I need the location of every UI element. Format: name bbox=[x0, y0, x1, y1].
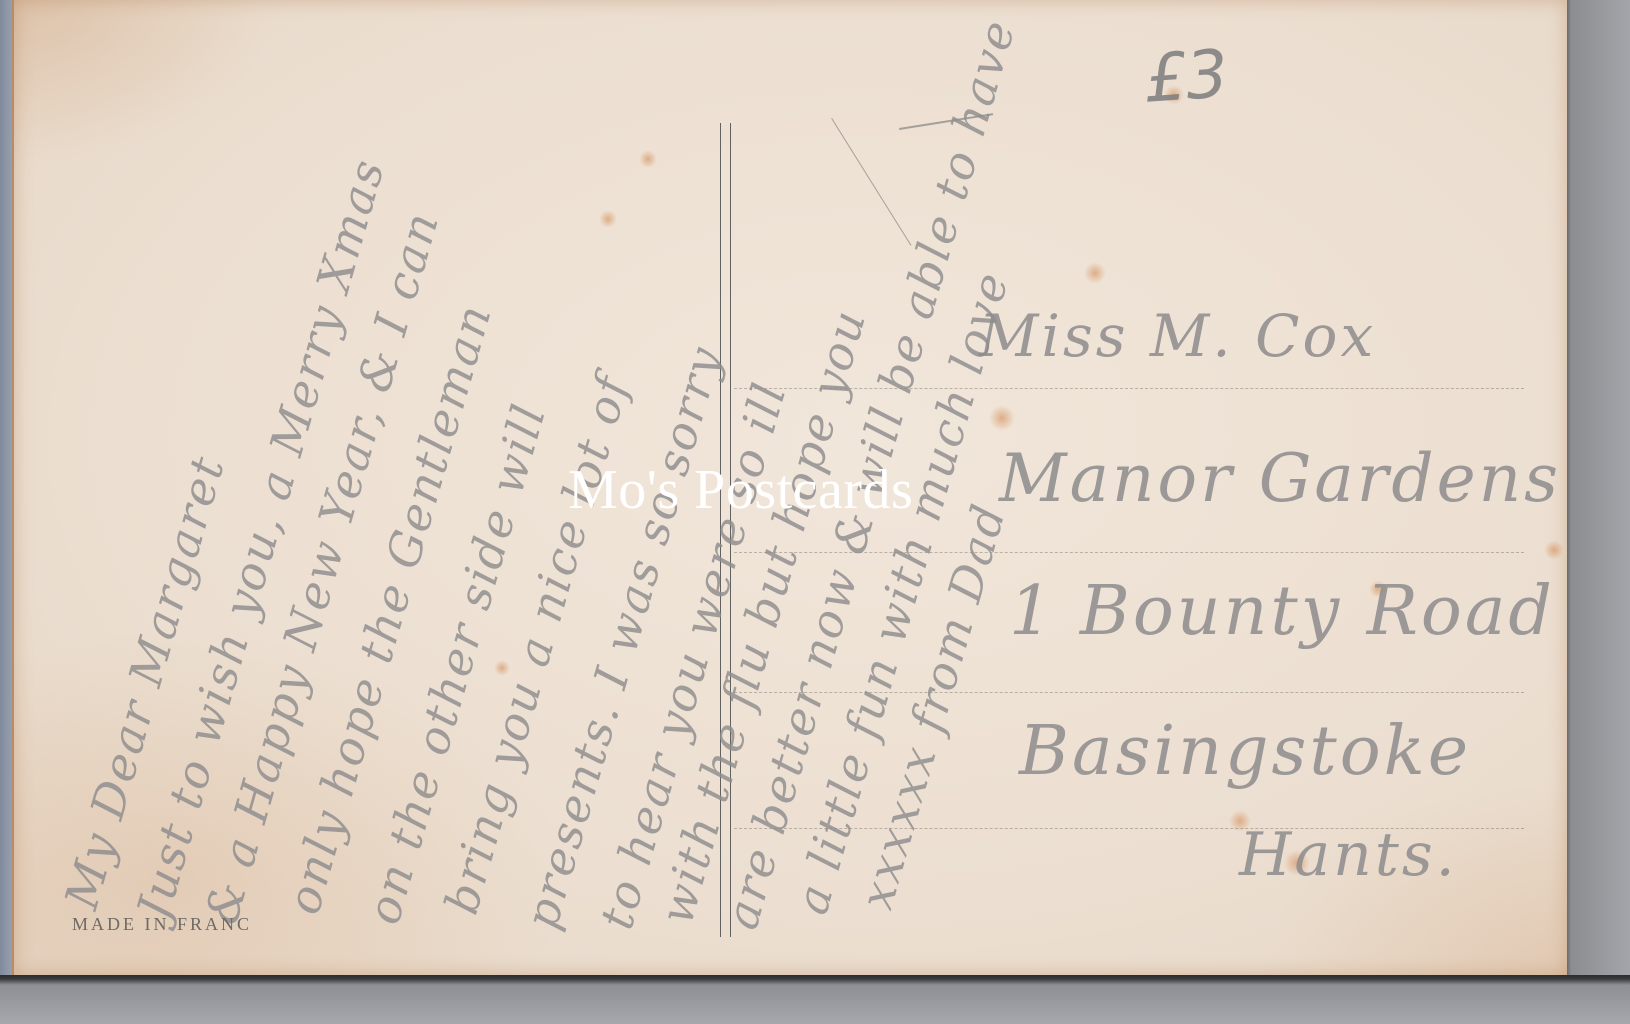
made-in-france-imprint: MADE IN FRANC bbox=[72, 914, 252, 935]
scan-background-bottom bbox=[0, 975, 1630, 1024]
foxing-spot bbox=[1544, 540, 1564, 560]
ink-stroke bbox=[831, 118, 911, 246]
address-line-4: Hants. bbox=[1239, 820, 1458, 890]
foxing-spot bbox=[1084, 262, 1106, 284]
address-line-1: Manor Gardens bbox=[999, 440, 1561, 517]
scan-background-right bbox=[1565, 0, 1630, 1024]
address-line-3: Basingstoke bbox=[1019, 712, 1471, 791]
address-line-2: 1 Bounty Road bbox=[1009, 572, 1555, 651]
foxing-spot bbox=[989, 405, 1015, 431]
foxing-spot bbox=[639, 150, 657, 168]
foxing-spot bbox=[599, 210, 617, 228]
address-name: Miss M. Cox bbox=[979, 302, 1376, 370]
seller-watermark: Mo's Postcards bbox=[568, 458, 913, 522]
price-mark: £3 bbox=[1141, 35, 1230, 118]
